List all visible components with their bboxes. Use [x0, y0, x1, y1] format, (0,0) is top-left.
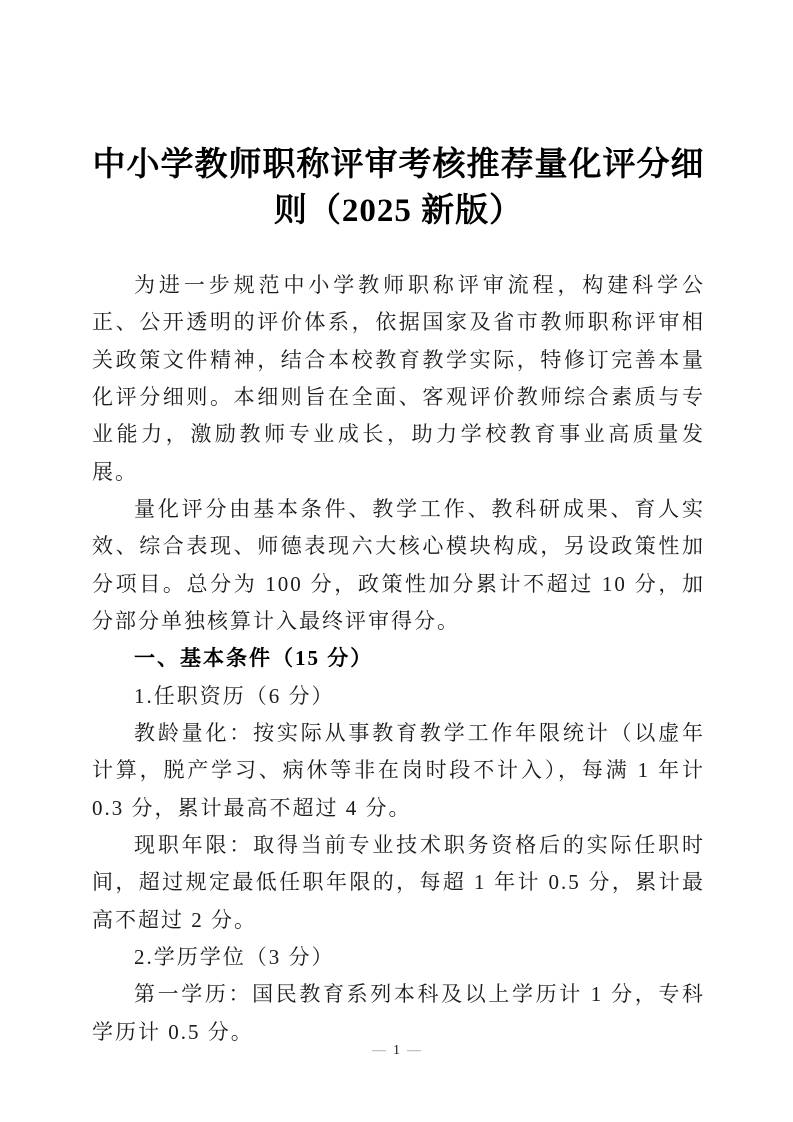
paragraph-scoring-overview: 量化评分由基本条件、教学工作、教科研成果、育人实效、综合表现、师德表现六大核心模… — [92, 491, 705, 640]
section-heading-basic-conditions: 一、基本条件（15 分） — [92, 640, 705, 677]
paragraph-intro-purpose: 为进一步规范中小学教师职称评审流程，构建科学公正、公开透明的评价体系，依据国家及… — [92, 267, 705, 491]
paragraph-first-degree: 第一学历：国民教育系列本科及以上学历计 1 分，专科学历计 0.5 分。 — [92, 976, 705, 1051]
paragraph-current-post-years: 现职年限：取得当前专业技术职务资格后的实际任职时间，超过规定最低任职年限的，每超… — [92, 827, 705, 939]
document-content: 中小学教师职称评审考核推荐量化评分细则（2025 新版） 为进一步规范中小学教师… — [0, 0, 793, 1051]
subheading-tenure-qualification: 1.任职资历（6 分） — [92, 678, 705, 715]
document-title: 中小学教师职称评审考核推荐量化评分细则（2025 新版） — [92, 142, 705, 234]
paragraph-teaching-age-quantification: 教龄量化：按实际从事教育教学工作年限统计（以虚年计算，脱产学习、病休等非在岗时段… — [92, 715, 705, 827]
footer-dash-left: — — [372, 1043, 386, 1058]
subheading-education-degree: 2.学历学位（3 分） — [92, 939, 705, 976]
footer-dash-right: — — [407, 1043, 421, 1058]
document-page: 中小学教师职称评审考核推荐量化评分细则（2025 新版） 为进一步规范中小学教师… — [0, 0, 793, 1122]
page-number: 1 — [393, 1043, 400, 1059]
page-footer: —1— — [0, 1043, 793, 1059]
